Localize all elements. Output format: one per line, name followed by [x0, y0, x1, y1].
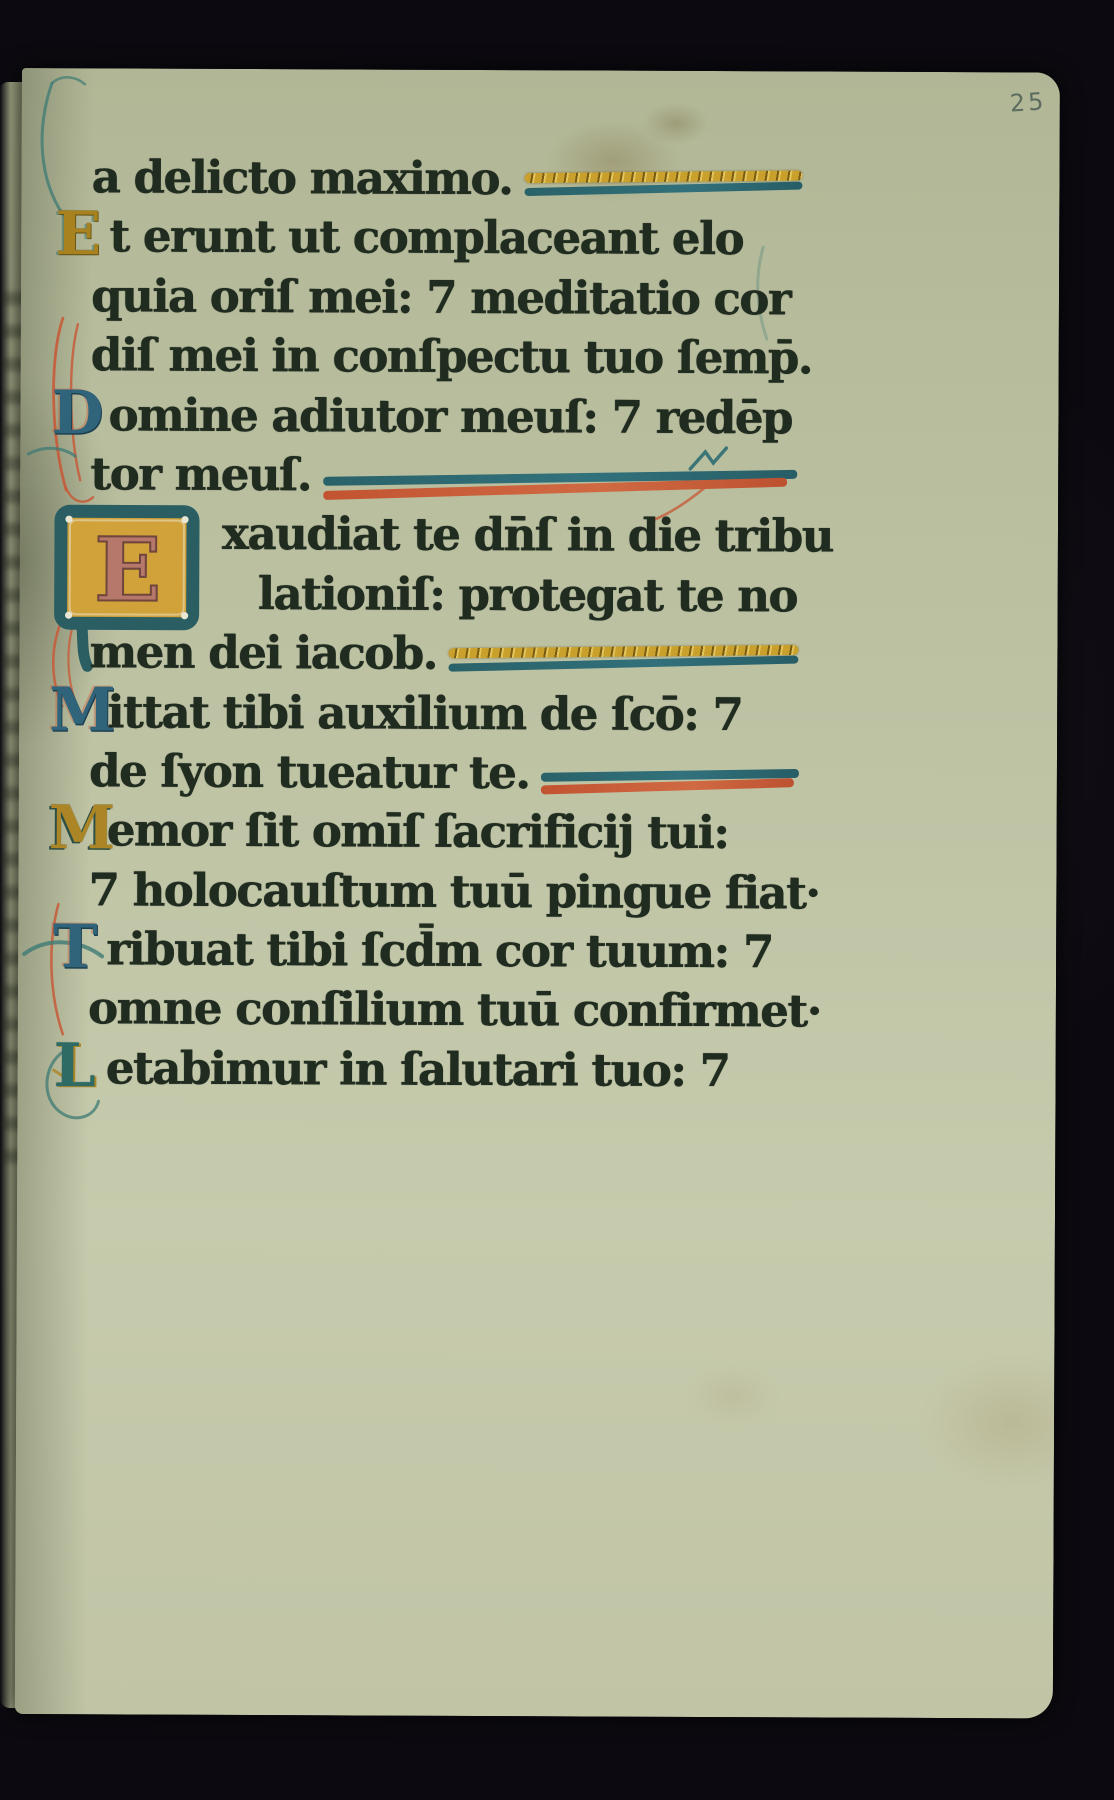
folio-number: 25: [1009, 89, 1047, 115]
line-text: emor ſit omīſ ſacrificij tui:: [107, 802, 729, 863]
photo-of-manuscript: { "folio_number": "25", "big_initial": {…: [0, 0, 1114, 1800]
teal-flourish: [52, 77, 85, 84]
text-line: D omine adiutor meuſ: 7 redēp: [90, 386, 806, 449]
red-filigree: [66, 488, 93, 501]
versal-initial: L: [48, 1039, 102, 1093]
line-text: etabimur in ſalutari tuo: 7: [106, 1039, 730, 1100]
line-text: omne conſilium tuū confirmet·: [88, 980, 821, 1041]
versal-initial: D: [50, 386, 104, 440]
line-text: men dei iacob.: [89, 623, 437, 683]
line-filler: [449, 625, 806, 686]
text-line: T ribuat tibi ſcd̄m cor tuum: 7: [88, 920, 804, 983]
line-text: ribuat tibi ſcd̄m cor tuum: 7: [106, 920, 773, 981]
line-filler: [524, 150, 808, 211]
line-text: lationiſ: protegat te no: [258, 565, 797, 625]
line-text: t erunt ut complaceant elo: [109, 208, 743, 269]
line-text: a delicto maximo.: [91, 148, 512, 208]
text-line: men dei iacob.: [89, 623, 805, 686]
text-line: M ittat tibi auxilium de ſcō: 7: [89, 683, 805, 746]
text-line: de ſyon tueatur te.: [89, 742, 805, 805]
line-text: xaudiat te dn̄ſ in die tribu: [222, 505, 833, 566]
line-filler: [541, 744, 805, 805]
versal-initial: M: [49, 683, 103, 737]
line-text: quia oriſ mei: 7 meditatio cor: [91, 267, 790, 328]
line-filler: [323, 446, 807, 507]
manuscript-page: 25 E a delicto maximo. E t erunt ut comp…: [15, 68, 1060, 1719]
corner-dot: [65, 516, 72, 523]
line-text: tor meuſ.: [90, 445, 311, 504]
text-line: xaudiat te dn̄ſ in die tribu: [90, 505, 806, 568]
text-line: tor meuſ.: [90, 445, 806, 508]
teal-flourish: [42, 83, 64, 215]
text-block: a delicto maximo. E t erunt ut complacea…: [88, 148, 808, 1101]
teal-flourish: [28, 448, 75, 456]
corner-dot: [65, 612, 72, 619]
versal-initial: M: [49, 801, 103, 855]
text-line: diſ mei in conſpectu tuo ſemp̄.: [91, 326, 807, 389]
line-text: de ſyon tueatur te.: [89, 742, 530, 802]
line-text: omine adiutor meuſ: 7 redēp: [108, 386, 792, 447]
text-line: M emor ſit omīſ ſacrificij tui:: [89, 802, 805, 865]
line-text: ittat tibi auxilium de ſcō: 7: [107, 683, 742, 744]
versal-initial: T: [48, 920, 102, 974]
versal-initial: E: [51, 208, 105, 262]
text-line: L etabimur in ſalutari tuo: 7: [88, 1039, 804, 1102]
text-line: omne conſilium tuū confirmet·: [88, 980, 804, 1043]
text-line: 7 holocauſtum tuū pingue fiat·: [88, 861, 804, 924]
text-line: lationiſ: protegat te no: [90, 564, 806, 627]
text-line: quia oriſ mei: 7 meditatio cor: [91, 267, 807, 330]
line-text: 7 holocauſtum tuū pingue fiat·: [88, 861, 819, 922]
line-text: diſ mei in conſpectu tuo ſemp̄.: [91, 326, 812, 387]
text-line: a delicto maximo.: [91, 148, 807, 211]
text-line: E t erunt ut complaceant elo: [91, 208, 807, 271]
